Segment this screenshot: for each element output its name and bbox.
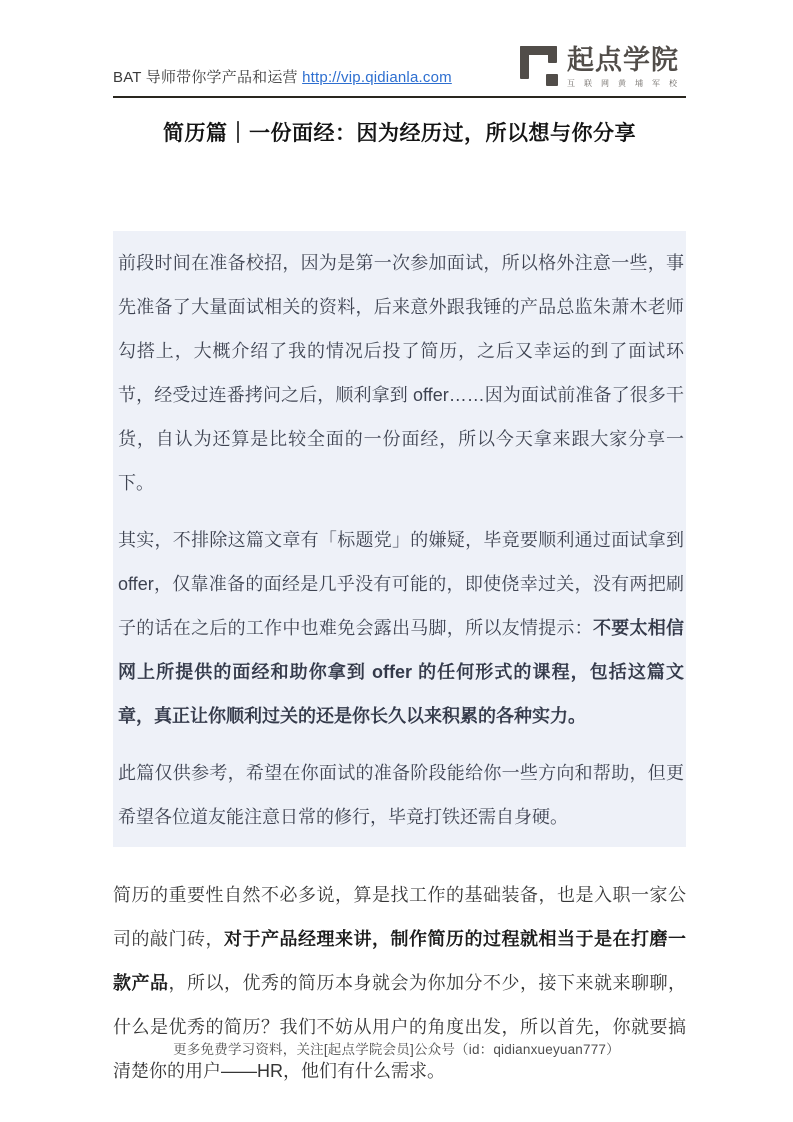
article-title: 简历篇｜一份面经：因为经历过，所以想与你分享 — [113, 117, 686, 147]
logo-subtitle: 互联网黄埔军校 — [567, 78, 686, 89]
qidian-bracket-icon — [520, 46, 558, 87]
header-link[interactable]: http://vip.qidianla.com — [302, 69, 452, 86]
paragraph-1-text: 前段时间在准备校招，因为是第一次参加面试，所以格外注意一些，事先准备了大量面试相… — [118, 253, 684, 493]
qidian-logo: 起点学院 互联网黄埔军校 — [520, 46, 686, 89]
paragraph-3-text: 此篇仅供参考，希望在你面试的准备阶段能给你一些方向和帮助，但更希望各位道友能注意… — [118, 763, 684, 827]
logo-name: 起点学院 — [567, 46, 686, 74]
paragraph-4-text-post: ，所以，优秀的简历本身就会为你加分不少，接下来就来聊聊，什么是优秀的简历？我们不… — [113, 973, 686, 1081]
logo-text: 起点学院 互联网黄埔军校 — [567, 46, 686, 89]
tagline-text: BAT 导师带你学产品和运营 — [113, 69, 302, 86]
document-page: BAT 导师带你学产品和运营 http://vip.qidianla.com 起… — [0, 0, 793, 1122]
body-text-block: 简历的重要性自然不必多说，算是找工作的基础装备，也是入职一家公司的敲门砖，对于产… — [113, 873, 686, 1093]
footer-text: 更多免费学习资料，关注[起点学院会员]公众号（id：qidianxueyuan7… — [173, 1042, 620, 1057]
paragraph-3: 此篇仅供参考，希望在你面试的准备阶段能给你一些方向和帮助，但更希望各位道友能注意… — [118, 751, 684, 839]
paragraph-4: 简历的重要性自然不必多说，算是找工作的基础装备，也是入职一家公司的敲门砖，对于产… — [113, 873, 686, 1093]
page-header: BAT 导师带你学产品和运营 http://vip.qidianla.com 起… — [113, 0, 686, 98]
highlighted-text-block: 前段时间在准备校招，因为是第一次参加面试，所以格外注意一些，事先准备了大量面试相… — [113, 231, 686, 847]
header-tagline: BAT 导师带你学产品和运营 http://vip.qidianla.com — [113, 66, 452, 89]
page-footer: 更多免费学习资料，关注[起点学院会员]公众号（id：qidianxueyuan7… — [0, 1038, 793, 1058]
paragraph-1: 前段时间在准备校招，因为是第一次参加面试，所以格外注意一些，事先准备了大量面试相… — [118, 241, 684, 505]
paragraph-2: 其实，不排除这篇文章有「标题党」的嫌疑，毕竟要顺利通过面试拿到 offer，仅靠… — [118, 518, 684, 738]
